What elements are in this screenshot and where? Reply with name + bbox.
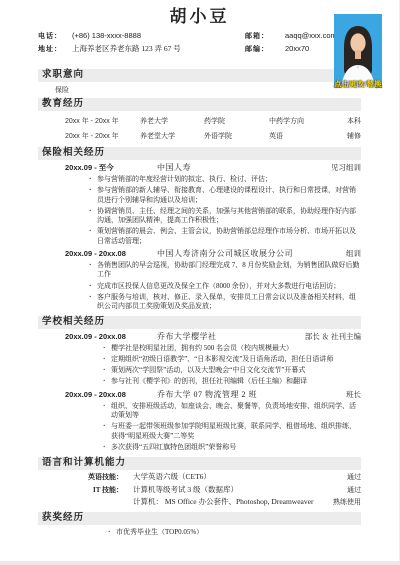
bullet-item: 定期组织“初级日语教学”、“日本影视交流”及日语角活动，担任日语讲师 [102,355,361,364]
entry-period: 20xx.09 - 20xx.08 [65,331,140,343]
page-bottom-edge [0,561,400,565]
section-header-school-experience: 学校相关经历 [38,316,361,329]
experience-entry: 20xx.09 - 20xx.08 乔布大学 07 物流管理 2 班 班长 组织… [38,389,361,452]
education-school: 养老大学 [140,116,204,126]
education-school: 养老堂大学 [140,131,204,141]
skill-content: 计算机等级考试 3 级（数据库） [123,485,347,495]
candidate-name: 胡小豆 [38,6,361,27]
postal-label: 邮编： [245,44,285,54]
section-header-skills: 语言和计算机能力 [38,457,361,470]
bullet-item: 完成市区投保人信息更改及保全工作（8000 余份），并对大多数进行电话回访； [88,282,361,291]
section-header-education: 教育经历 [38,98,361,111]
education-major: 中药学方向 [269,116,347,126]
experience-entry: 20xx.09 - 至今 中国人寿 见习组训 参与营销部的年度经营计划的拟定、执… [38,162,361,246]
id-photo-image [334,14,382,88]
contact-block: 电话： (+86) 138-xxxx-8888 地址： 上海养老区养老东路 12… [38,31,361,57]
section-header-awards: 获奖经历 [38,512,361,525]
education-row: 20xx 年 - 20xx 年 养老堂大学 外语学院 英语 辅修 [38,127,361,142]
entry-organization: 乔布大学樱学社 [140,331,305,343]
bullet-item: 客户服务与培训，核对、修正、录入保单，安排员工日常会议以及准备相关材料，组织公司… [88,293,361,312]
entry-role: 组训 [346,248,361,260]
skill-row: IT 技能： 计算机等级考试 3 级（数据库） 通过 [38,485,361,496]
entry-organization: 中国人寿济南分公司城区收展分公司 [140,248,346,260]
education-period: 20xx 年 - 20xx 年 [65,131,140,141]
entry-period: 20xx.09 - 至今 [65,162,140,174]
candidate-photo[interactable]: 点击更改/替换 [334,14,382,88]
skill-content: 大学英语六级（CET6） [123,472,347,482]
address-value: 上海养老区养老东路 123 弄 67 号 [72,44,194,54]
bullet-item: 各销售团队的早会巡视，协助部门经理完成 7、8 月份奖励企划，为销售团队做好后勤… [88,261,361,280]
experience-entry-header: 20xx.09 - 20xx.08 乔布大学樱学社 部长 ＆ 社刊主编 [38,331,361,343]
education-college: 药学院 [204,116,269,126]
contact-address-row: 地址： 上海养老区养老东路 123 弄 67 号 [38,44,245,54]
bullet-item: 参与营销部的年度经营计划的拟定、执行、检讨、评估； [88,175,361,184]
education-college: 外语学院 [204,131,269,141]
education-period: 20xx 年 - 20xx 年 [65,116,140,126]
entry-period: 20xx.09 - 20xx.08 [65,248,140,260]
entry-role: 见习组训 [331,162,361,174]
contact-left-column: 电话： (+86) 138-xxxx-8888 地址： 上海养老区养老东路 12… [38,31,245,57]
education-row: 20xx 年 - 20xx 年 养老大学 药学院 中药学方向 本科 [38,112,361,127]
postal-value: 20xx70 [285,44,309,54]
objective-value: 保险 [38,85,361,95]
skill-label: 英语技能： [65,473,123,483]
skill-status: 熟练使用 [333,498,361,508]
entry-role: 部长 ＆ 社刊主编 [305,331,361,343]
entry-bullet-list: 各销售团队的早会巡视，协助部门经理完成 7、8 月份奖励企划，为销售团队做好后勤… [38,261,361,311]
entry-period: 20xx.09 - 20xx.08 [65,389,140,401]
education-major: 英语 [269,131,347,141]
experience-entry-header: 20xx.09 - 20xx.08 中国人寿济南分公司城区收展分公司 组训 [38,248,361,260]
education-degree: 本科 [347,116,361,126]
entry-organization: 中国人寿 [140,162,331,174]
phone-label: 电话： [38,31,72,41]
experience-entry: 20xx.09 - 20xx.08 乔布大学樱学社 部长 ＆ 社刊主编 樱学社是… [38,331,361,387]
section-header-insurance-experience: 保险相关经历 [38,147,361,160]
bullet-item: 与班委一起带领班级参加学院明星班级比赛，联系同学、租借场地、组织排练，获得“明星… [102,422,361,441]
resume-page: 胡小豆 电话： (+86) 138-xxxx-8888 地址： 上海养老区养老东… [0,0,400,561]
skills-table: 英语技能： 大学英语六级（CET6） 通过 IT 技能： 计算机等级考试 3 级… [38,472,361,508]
experience-entry: 20xx.09 - 20xx.08 中国人寿济南分公司城区收展分公司 组训 各销… [38,248,361,311]
entry-organization: 乔布大学 07 物流管理 2 班 [140,389,346,401]
bullet-item: 协调营销员、主任、经理之间的关系，加强与其他营销部的联系，协助经理作好内部沟通，… [88,207,361,226]
education-table: 20xx 年 - 20xx 年 养老大学 药学院 中药学方向 本科 20xx 年… [38,112,361,142]
skill-status: 通过 [347,486,361,496]
bullet-item: 多次获得“五四红旗特色团组织”荣誉称号 [102,443,361,452]
education-degree: 辅修 [347,131,361,141]
section-header-objective: 求职意向 [38,69,361,82]
skill-label: IT 技能： [65,486,123,496]
bullet-item: 策划营销部的晨会、例会、主管会议，协助营销部总经理作市场分析、市场开拓以及日常活… [88,227,361,246]
bullet-item: 樱学社是校明星社团，拥有约 500 名会员（校内规模最大） [102,344,361,353]
bullet-item: 组织、安排班级活动，如座谈会、晚会、聚餐等，负责场地安排、组织同学、活动策划等 [102,402,361,421]
entry-bullet-list: 樱学社是校明星社团，拥有约 500 名会员（校内规模最大） 定期组织“初级日语教… [38,344,361,387]
bullet-item: 参与社刊《樱学刊》的创刊，担任社刊编辑（后任主编）和翻译 [102,377,361,386]
experience-entry-header: 20xx.09 - 20xx.08 乔布大学 07 物流管理 2 班 班长 [38,389,361,401]
entry-bullet-list: 组织、安排班级活动，如座谈会、晚会、聚餐等，负责场地安排、组织同学、活动策划等 … [38,402,361,452]
entry-bullet-list: 参与营销部的年度经营计划的拟定、执行、检讨、评估； 参与营销部的新人辅导、衔接教… [38,175,361,246]
phone-value: (+86) 138-xxxx-8888 [72,31,141,41]
bullet-item: 策划两次“学园祭”活动，以及大型晚会“中日文化交流节”开幕式 [102,366,361,375]
email-value: aaqq@xxx.com [285,31,337,41]
skill-row: 英语技能： 大学英语六级（CET6） 通过 [38,472,361,483]
email-label: 邮箱： [245,31,285,41]
experience-entry-header: 20xx.09 - 至今 中国人寿 见习组训 [38,162,361,174]
address-label: 地址： [38,44,72,54]
photo-change-overlay-label[interactable]: 点击更改/替换 [331,79,385,89]
skill-status: 通过 [347,473,361,483]
bullet-item: 市优秀毕业生（TOP0.05%） [107,528,361,537]
entry-role: 班长 [346,389,361,401]
awards-bullet-list: 市优秀毕业生（TOP0.05%） [38,528,361,537]
bullet-item: 参与营销部的新人辅导、衔接教育、心理建设的课程设计、执行和日常授课，对营销员进行… [88,186,361,205]
skill-row: 计算机： MS Office 办公套件、Photoshop, Dreamweav… [38,497,361,508]
contact-phone-row: 电话： (+86) 138-xxxx-8888 [38,31,245,41]
skill-content: 计算机： MS Office 办公套件、Photoshop, Dreamweav… [123,497,333,507]
